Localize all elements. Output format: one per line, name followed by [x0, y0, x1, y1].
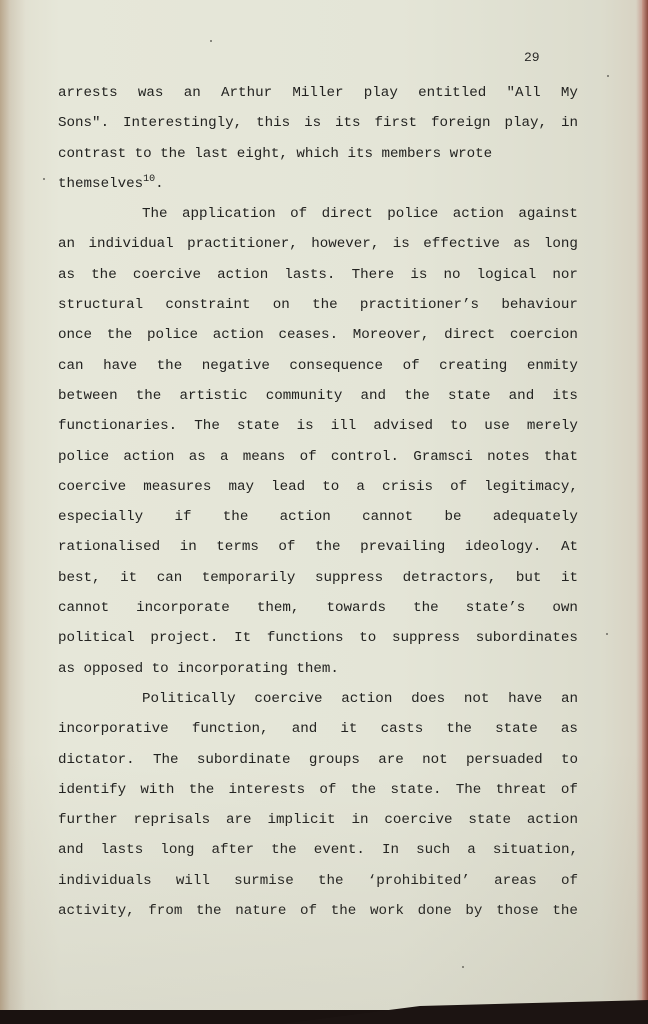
text-line: furtherreprisalsareimplicitincoercivesta…	[58, 805, 578, 835]
text-line: structuralconstraintonthepractitioner’sb…	[58, 290, 578, 320]
paper-speck	[607, 75, 609, 77]
text-line: oncethepoliceactionceases.Moreover,direc…	[58, 320, 578, 350]
text-line: especiallyiftheactioncannotbeadequately	[58, 502, 578, 532]
text-line: cannotincorporatethem,towardsthestate’so…	[58, 593, 578, 623]
text-line: incorporativefunction,anditcaststhestate…	[58, 714, 578, 744]
text-line: canhavethenegativeconsequenceofcreatinge…	[58, 351, 578, 381]
text-line: individualswillsurmisethe‘prohibited’are…	[58, 866, 578, 896]
text-line: rationalisedintermsoftheprevailingideolo…	[58, 532, 578, 562]
text-line: activity,fromthenatureoftheworkdonebytho…	[58, 896, 578, 926]
paper-speck	[606, 633, 608, 635]
text-line: anindividualpractitioner,however,iseffec…	[58, 229, 578, 259]
text-line: andlastslongaftertheevent.Insuchasituati…	[58, 835, 578, 865]
text-line: policeactionasameansofcontrol.Gramscinot…	[58, 442, 578, 472]
text-line: best,itcantemporarilysuppressdetractors,…	[58, 563, 578, 593]
text-line: politicalproject.Itfunctionstosuppresssu…	[58, 623, 578, 653]
footnote-marker: 10	[143, 174, 155, 185]
paper-speck	[43, 178, 45, 180]
page-number: 29	[524, 50, 540, 65]
text-line: Sons".Interestingly,thisisitsfirstforeig…	[58, 108, 578, 138]
text-line: betweentheartisticcommunityandthestatean…	[58, 381, 578, 411]
text-line: Theapplicationofdirectpoliceactionagains…	[58, 199, 578, 229]
text-line: asopposedtoincorporatingthem.	[58, 654, 578, 684]
text-line: themselves10.	[58, 169, 578, 199]
text-line: functionaries.Thestateisilladvisedtousem…	[58, 411, 578, 441]
body-text: arrestswasanArthurMillerplayentitled"All…	[58, 78, 578, 926]
text-line: arrestswasanArthurMillerplayentitled"All…	[58, 78, 578, 108]
text-line: asthecoerciveactionlasts.Thereisnologica…	[58, 260, 578, 290]
paper-speck	[462, 966, 464, 968]
text-line: Politicallycoerciveactiondoesnothavean	[58, 684, 578, 714]
page-edge	[642, 0, 648, 1010]
document-page: 29 arrestswasanArthurMillerplayentitled"…	[0, 0, 642, 1010]
text-line: dictator.Thesubordinategroupsarenotpersu…	[58, 745, 578, 775]
text-line: coercivemeasuresmayleadtoacrisisoflegiti…	[58, 472, 578, 502]
paper-speck	[210, 40, 212, 42]
text-line: contrasttothelasteight,whichitsmemberswr…	[58, 139, 578, 169]
text-line: identifywiththeinterestsofthestate.Theth…	[58, 775, 578, 805]
